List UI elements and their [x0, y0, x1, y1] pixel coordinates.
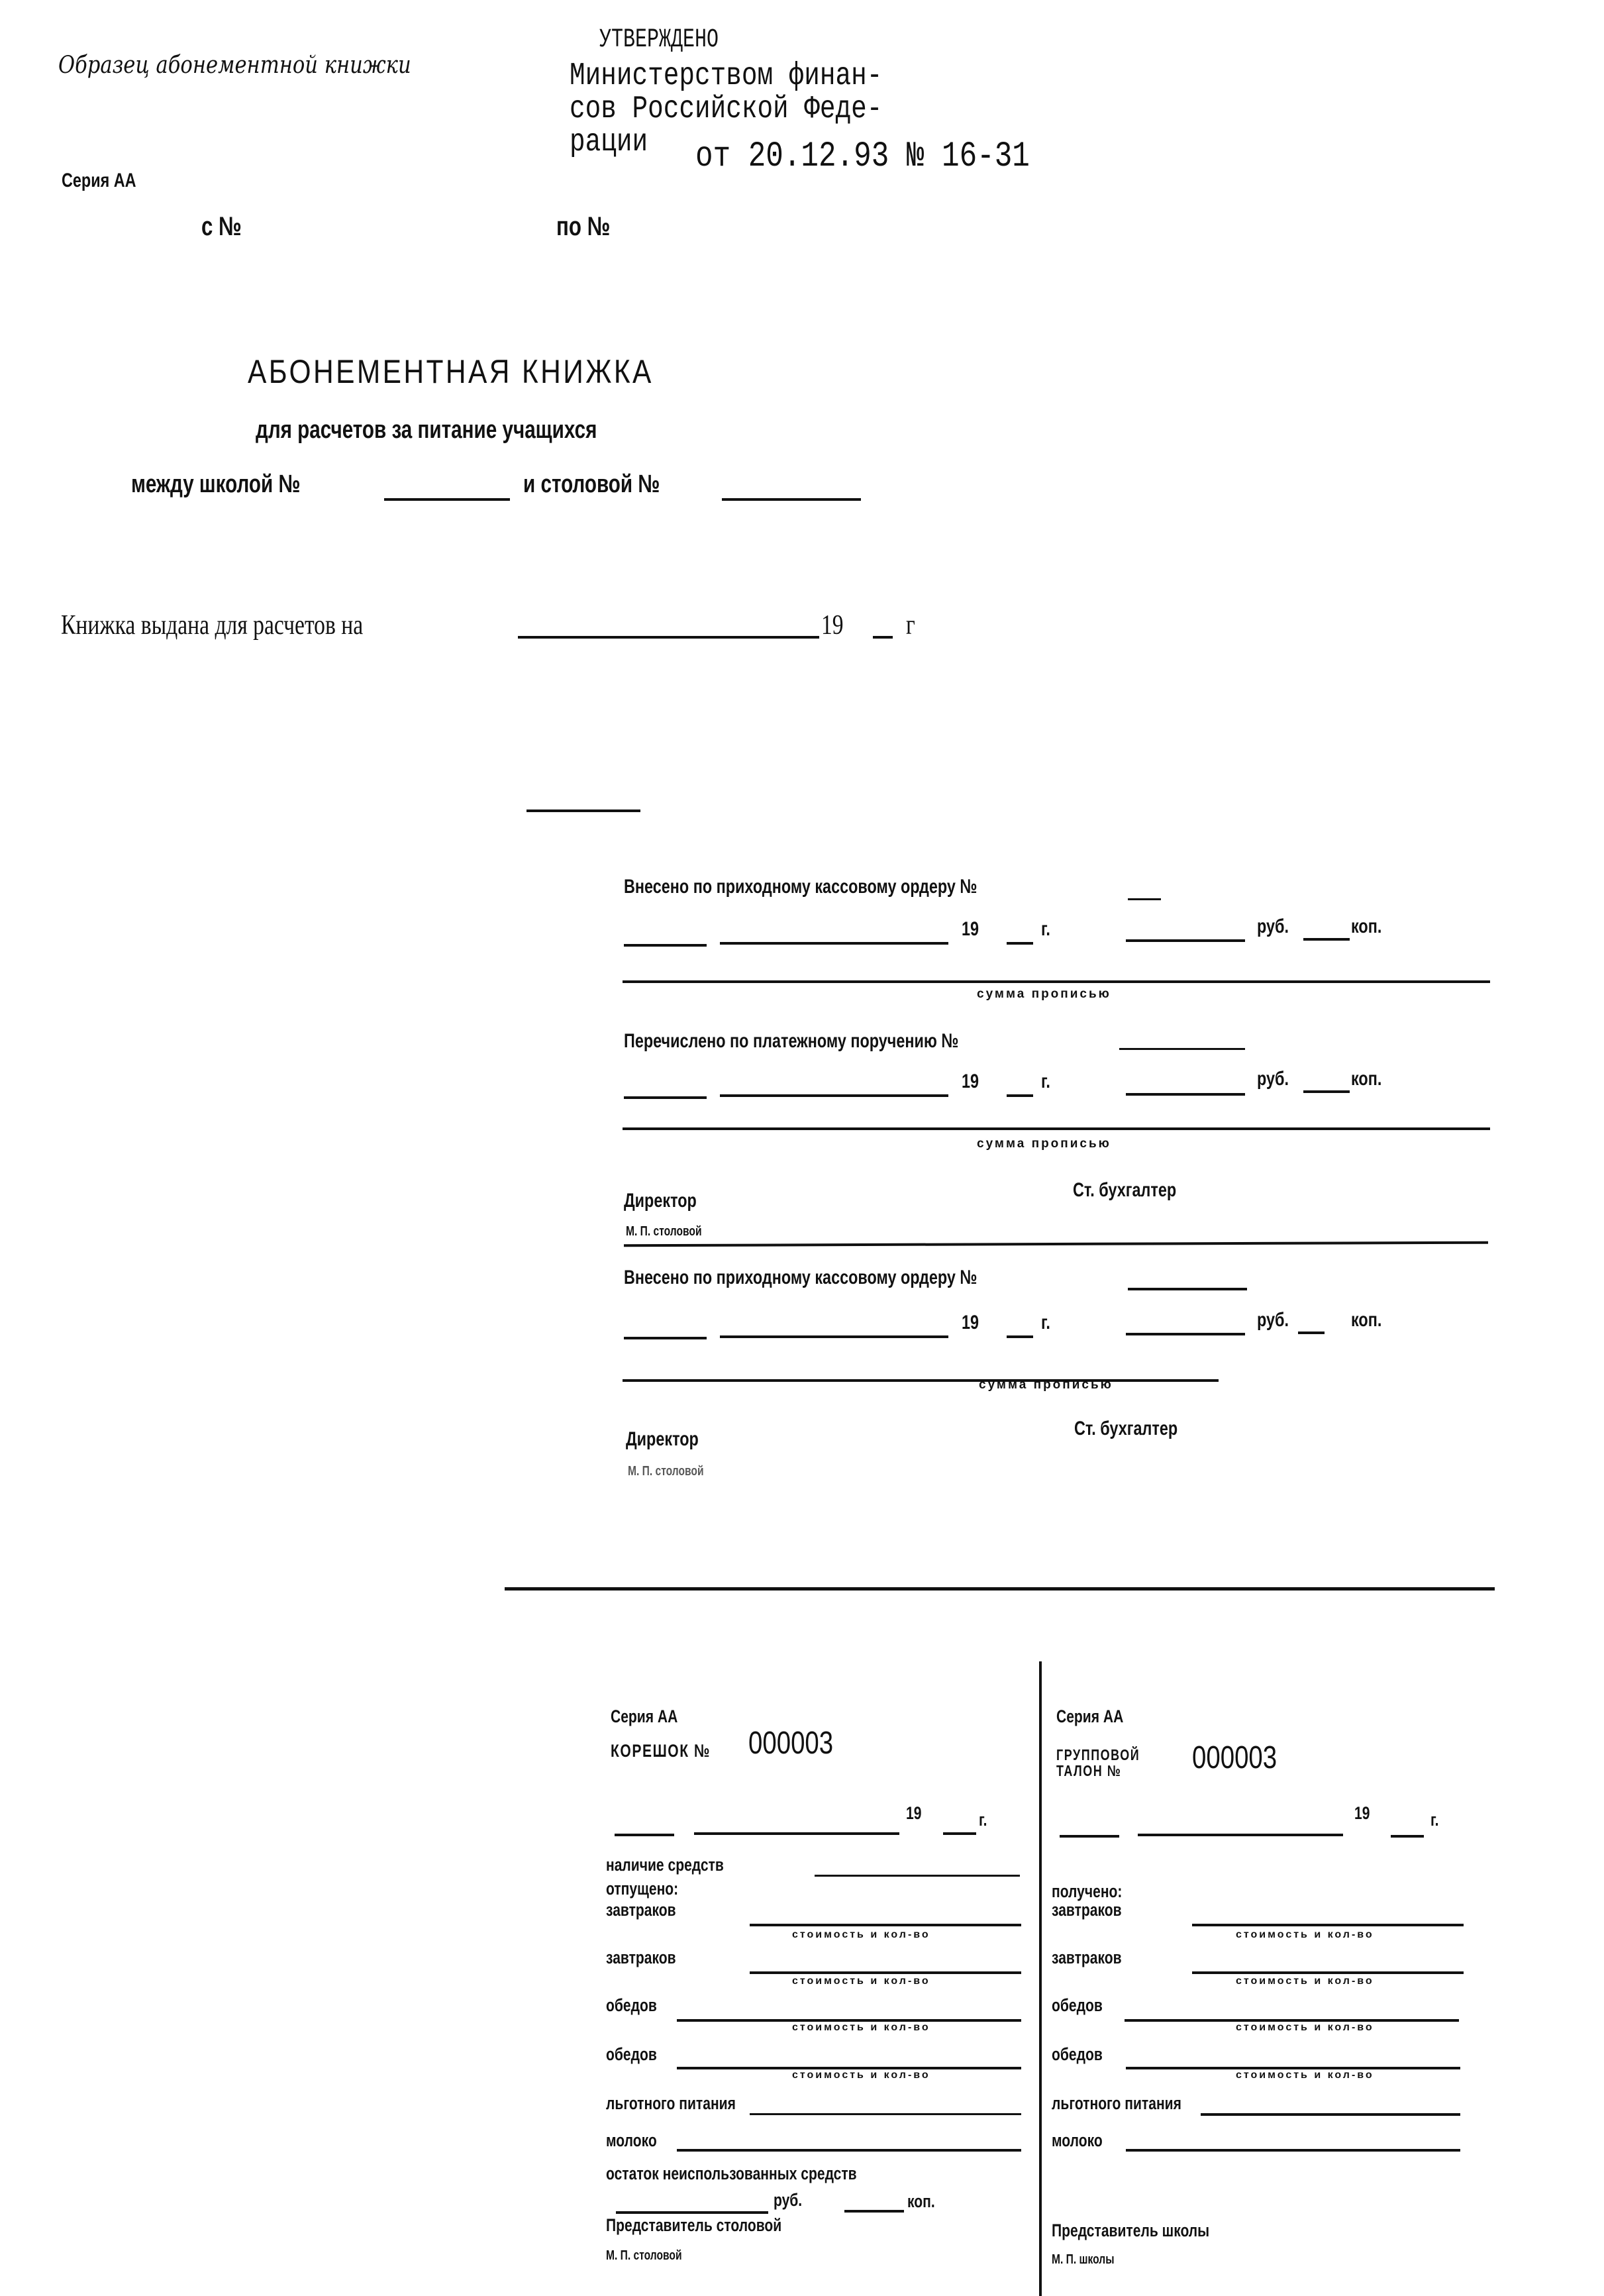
year-prefix: 19 — [962, 918, 979, 941]
director-label: Директор — [626, 1428, 699, 1451]
rub-label: руб. — [774, 2190, 802, 2211]
tear-off-line — [505, 1587, 1495, 1591]
cost-qty-caption: стоимость и кол-во — [1236, 2022, 1374, 2034]
and-canteen-label: и столовой № — [523, 470, 660, 499]
issued-label: отпущено: — [606, 1879, 678, 1899]
payment-order-number-field[interactable] — [1119, 1048, 1245, 1050]
year-field[interactable] — [1391, 1835, 1424, 1838]
page-title: АБОНЕМЕНТНАЯ КНИЖКА — [248, 352, 654, 391]
milk-label: молоко — [606, 2130, 657, 2151]
coupon-label-line1: ГРУППОВОЙ — [1056, 1746, 1140, 1764]
month-field[interactable] — [694, 1832, 899, 1835]
rub-label: руб. — [1257, 915, 1289, 938]
lunches-label: обедов — [1052, 2044, 1103, 2065]
from-number-label: с № — [201, 212, 242, 242]
breakfasts-label: завтраков — [1052, 1948, 1122, 1968]
year-field[interactable] — [1007, 942, 1033, 945]
payment-order-label: Перечислено по платежному поручению № — [624, 1030, 958, 1053]
cost-qty-caption: стоимость и кол-во — [1236, 1975, 1374, 1987]
issued-period-field[interactable] — [518, 636, 819, 639]
section-divider — [624, 1241, 1488, 1247]
cost-qty-caption: стоимость и кол-во — [792, 2069, 930, 2081]
milk-field[interactable] — [1126, 2149, 1460, 2152]
school-representative-label: Представитель школы — [1052, 2220, 1209, 2241]
director-label: Директор — [624, 1190, 697, 1212]
stub-series: Серия АА — [611, 1706, 677, 1727]
cash-order-label: Внесено по приходному кассовому ордеру № — [624, 876, 977, 898]
amount-words-caption: сумма прописью — [977, 987, 1111, 1002]
stub-coupon-divider — [1039, 1661, 1042, 2296]
amount-words-field[interactable] — [623, 1379, 1219, 1382]
between-school-label: между школой № — [131, 470, 300, 499]
cash-order-number-field[interactable] — [1128, 1288, 1247, 1290]
chief-accountant-label: Ст. бухгалтер — [1074, 1418, 1178, 1440]
rub-label: руб. — [1257, 1068, 1289, 1090]
stamp-canteen-label: М. П. столовой — [628, 1464, 704, 1479]
funds-available-field[interactable] — [815, 1875, 1020, 1877]
school-number-field[interactable] — [384, 498, 510, 501]
cost-qty-caption: стоимость и кол-во — [1236, 1929, 1374, 1941]
rub-field[interactable] — [1126, 1333, 1245, 1335]
year-field[interactable] — [1007, 1094, 1033, 1097]
approval-line-4a: рации — [570, 125, 648, 160]
kop-label: коп. — [1351, 1309, 1381, 1331]
year-suffix: г. — [979, 1810, 987, 1830]
remaining-funds-label: остаток неиспользованных средств — [606, 2164, 857, 2184]
issued-label: Книжка выдана для расчетов на — [61, 609, 363, 641]
year-prefix: 19 — [906, 1803, 921, 1824]
lunches-label: обедов — [1052, 1995, 1103, 2016]
year-suffix: г. — [1041, 1070, 1050, 1093]
approval-line-3: сов Российской Феде- — [570, 91, 882, 127]
coupon-number: 000003 — [1192, 1740, 1277, 1776]
stub-number: 000003 — [748, 1725, 833, 1761]
day-field[interactable] — [1060, 1835, 1119, 1838]
breakfasts-label: завтраков — [606, 1948, 676, 1968]
cost-qty-caption: стоимость и кол-во — [792, 2022, 930, 2034]
stub-label: КОРЕШОК № — [611, 1741, 711, 1761]
kop-label: коп. — [907, 2191, 935, 2212]
year-field[interactable] — [1007, 1335, 1033, 1338]
breakfasts-field[interactable] — [1192, 1971, 1464, 1974]
year-prefix: 19 — [962, 1070, 979, 1093]
kop-field[interactable] — [1298, 1331, 1325, 1334]
lunches-label: обедов — [606, 2044, 657, 2065]
coupon-series: Серия АА — [1056, 1706, 1123, 1727]
received-label: получено: — [1052, 1881, 1122, 1902]
issued-year-prefix: 19 — [821, 609, 844, 641]
canteen-representative-label: Представитель столовой — [606, 2215, 781, 2236]
approval-heading: УТВЕРЖДЕНО — [599, 25, 719, 55]
month-field[interactable] — [1138, 1834, 1343, 1836]
rub-field[interactable] — [1126, 1093, 1245, 1096]
breakfasts-field[interactable] — [1192, 1924, 1464, 1926]
year-suffix: г. — [1041, 918, 1050, 941]
page-subtitle: для расчетов за питание учащихся — [256, 416, 597, 444]
day-field[interactable] — [615, 1834, 674, 1836]
issued-year-suffix: г — [906, 609, 915, 641]
approval-line-2: Министерством финан- — [570, 58, 882, 94]
year-suffix: г. — [1041, 1312, 1050, 1334]
breakfasts-field[interactable] — [750, 1924, 1021, 1926]
breakfasts-label: завтраков — [1052, 1900, 1122, 1920]
stamp-school-label: М. П. школы — [1052, 2252, 1115, 2268]
issued-year-field[interactable] — [873, 636, 893, 639]
remaining-kop-field[interactable] — [844, 2210, 904, 2213]
amount-words-field[interactable] — [623, 1127, 1490, 1130]
milk-label: молоко — [1052, 2130, 1103, 2151]
year-prefix: 19 — [1354, 1803, 1370, 1824]
discount-meals-field[interactable] — [750, 2113, 1021, 2115]
kop-label: коп. — [1351, 915, 1381, 938]
cash-order-number-field[interactable] — [1128, 898, 1161, 900]
amount-words-field[interactable] — [623, 980, 1490, 983]
sample-caption: Образец абонементной книжки — [58, 52, 411, 79]
day-field[interactable] — [624, 944, 707, 947]
rub-field[interactable] — [1126, 939, 1245, 942]
year-prefix: 19 — [962, 1312, 979, 1334]
funds-available-label: наличие средств — [606, 1855, 724, 1875]
breakfasts-field[interactable] — [750, 1971, 1021, 1974]
milk-field[interactable] — [677, 2149, 1021, 2152]
coupon-label-line2: ТАЛОН № — [1056, 1762, 1121, 1780]
discount-meals-label: льготного питания — [1052, 2093, 1181, 2114]
remaining-rub-field[interactable] — [616, 2211, 768, 2214]
day-field[interactable] — [624, 1096, 707, 1099]
discount-meals-field[interactable] — [1201, 2113, 1460, 2116]
day-field[interactable] — [624, 1337, 707, 1339]
chief-accountant-label: Ст. бухгалтер — [1073, 1179, 1176, 1202]
month-field[interactable] — [720, 1094, 948, 1097]
amount-words-caption: сумма прописью — [977, 1137, 1111, 1151]
month-field[interactable] — [720, 1335, 948, 1338]
breakfasts-label: завтраков — [606, 1900, 676, 1920]
series-label: Серия АА — [62, 170, 136, 192]
stamp-canteen-label: М. П. столовой — [606, 2248, 682, 2264]
signature-line[interactable] — [526, 809, 640, 812]
cash-order-label: Внесено по приходному кассовому ордеру № — [624, 1267, 977, 1289]
canteen-number-field[interactable] — [722, 498, 861, 501]
kop-field[interactable] — [1303, 938, 1350, 941]
year-field[interactable] — [943, 1832, 976, 1835]
kop-field[interactable] — [1303, 1090, 1350, 1093]
rub-label: руб. — [1257, 1309, 1289, 1331]
kop-label: коп. — [1351, 1068, 1381, 1090]
amount-words-caption: сумма прописью — [979, 1378, 1113, 1392]
approval-date-number: от 20.12.93 № 16-31 — [695, 136, 1030, 177]
stamp-canteen-label: М. П. столовой — [626, 1224, 702, 1239]
year-suffix: г. — [1430, 1810, 1439, 1830]
cost-qty-caption: стоимость и кол-во — [792, 1929, 930, 1941]
cost-qty-caption: стоимость и кол-во — [792, 1975, 930, 1987]
cost-qty-caption: стоимость и кол-во — [1236, 2069, 1374, 2081]
discount-meals-label: льготного питания — [606, 2093, 736, 2114]
lunches-label: обедов — [606, 1995, 657, 2016]
month-field[interactable] — [720, 942, 948, 945]
to-number-label: по № — [556, 212, 610, 242]
